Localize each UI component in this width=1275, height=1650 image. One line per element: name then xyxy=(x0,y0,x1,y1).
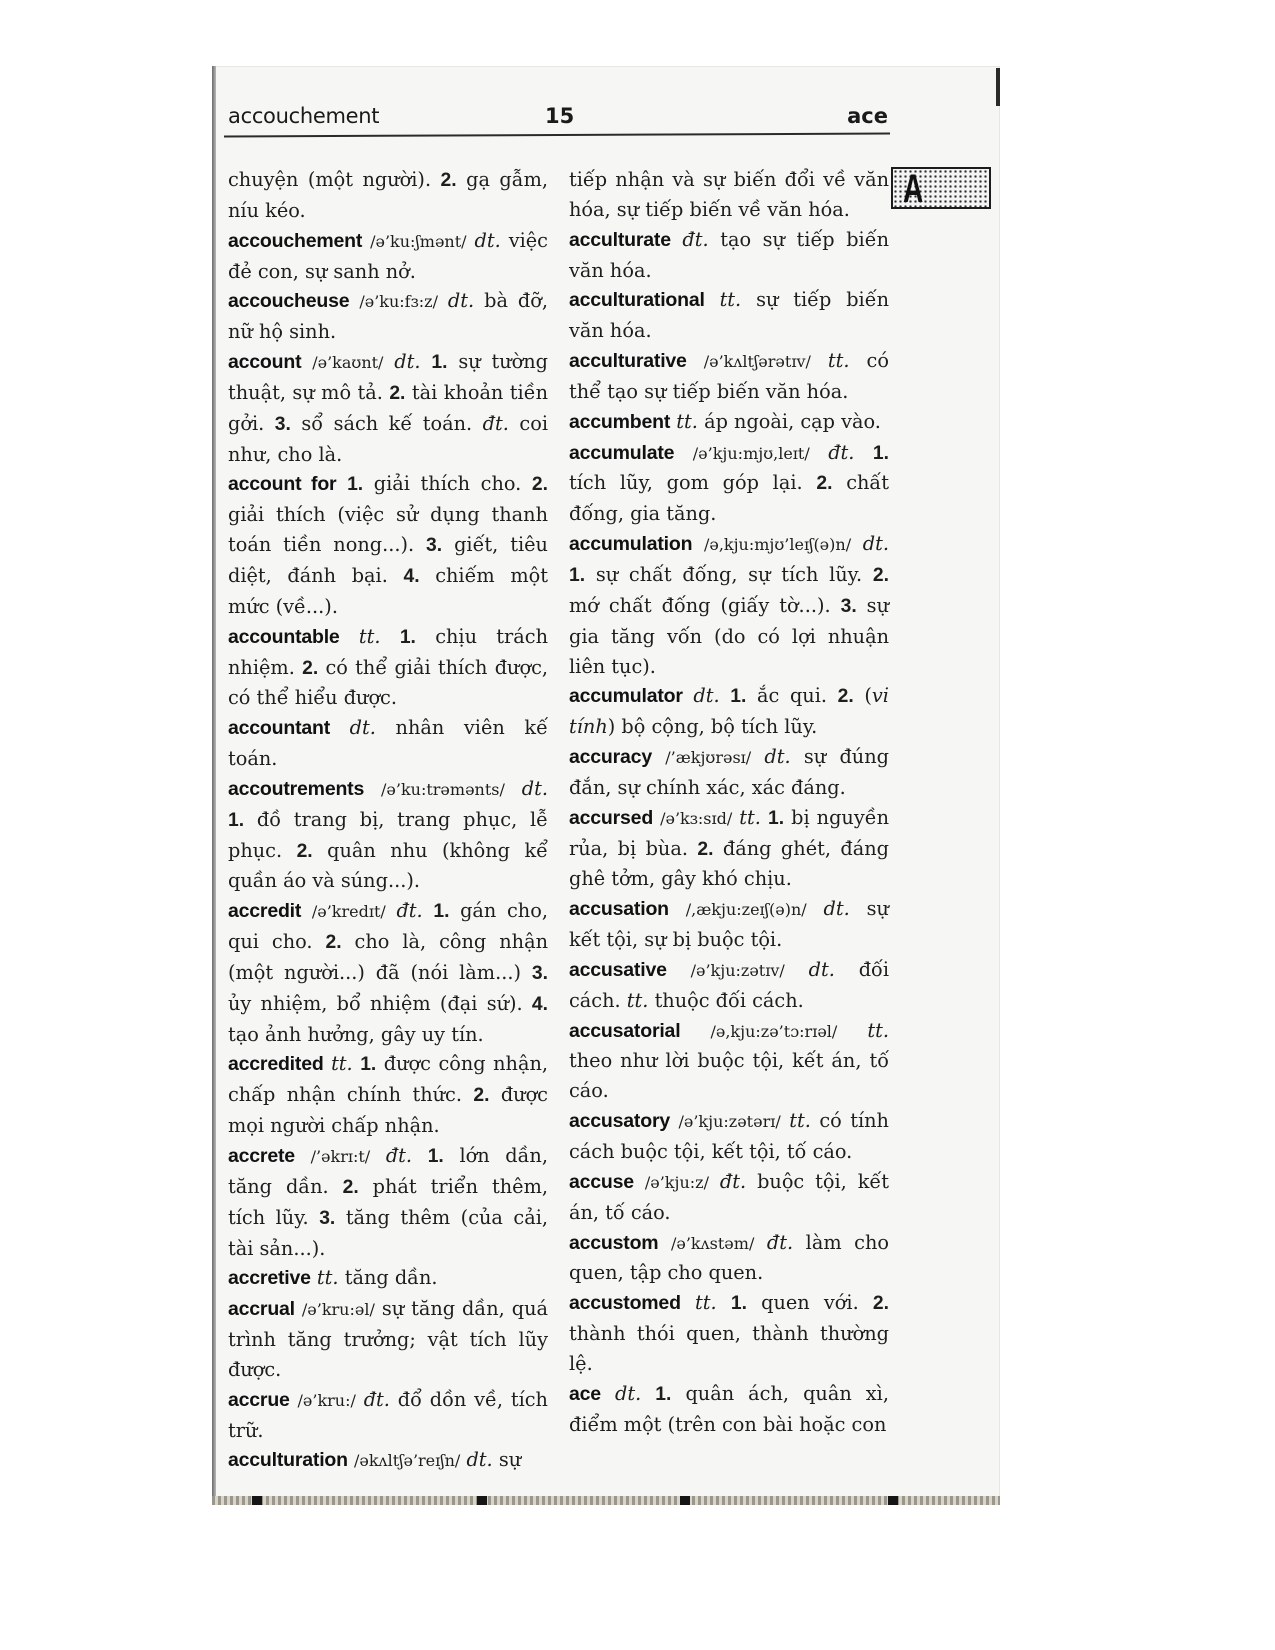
page-number: 15 xyxy=(545,104,574,128)
dictionary-entry: account for 1. giải thích cho. 2. giải t… xyxy=(228,469,548,621)
dictionary-entry: accrete /’əkrɪ:t/ đt. 1. lớn dần, tăng d… xyxy=(228,1141,548,1263)
pronunciation: /’ækjʊrəsɪ/ xyxy=(665,748,751,767)
page-edge-mark xyxy=(996,68,1000,106)
sense-number: 2. xyxy=(343,1177,359,1198)
dictionary-entry: acculturational tt. sự tiếp biến văn hóa… xyxy=(569,285,889,346)
headword: account for xyxy=(228,473,336,495)
headword: accrete xyxy=(228,1145,295,1167)
guide-word-left: accouchement xyxy=(228,104,379,128)
sense-text: ủy nhiệm, bổ nhiệm (đại sứ). xyxy=(228,992,523,1015)
headword: accredited xyxy=(228,1053,324,1075)
part-of-speech: đt. xyxy=(767,1231,793,1254)
part-of-speech: tt. xyxy=(331,1052,353,1075)
sense-number: 2. xyxy=(325,932,341,953)
headword: accusation xyxy=(569,898,669,920)
sense-number: 2. xyxy=(873,1293,889,1314)
definition: thuộc đối cách. xyxy=(655,989,804,1012)
dictionary-entry: accusation /,ækju:zeɪʃ(ə)n/ dt. sự kết t… xyxy=(569,894,889,955)
sense-number: 2. xyxy=(532,474,548,495)
part-of-speech: tt. xyxy=(867,1019,889,1042)
dictionary-entry: accustomed tt. 1. quen với. 2. thành thó… xyxy=(569,1288,889,1379)
pronunciation: /ə’kɜ:sɪd/ xyxy=(660,809,732,828)
headword: accrue xyxy=(228,1389,290,1411)
part-of-speech: đt. xyxy=(682,228,708,251)
headword: account xyxy=(228,351,301,373)
pronunciation: /ə’kaʊnt/ xyxy=(312,353,383,372)
headword: accredit xyxy=(228,900,301,922)
sense-number: 3. xyxy=(532,963,548,984)
dictionary-entry: accursed /ə’kɜ:sɪd/ tt. 1. bị nguyền rủa… xyxy=(569,803,889,895)
part-of-speech: đt. xyxy=(386,1144,412,1167)
part-of-speech: đt. xyxy=(483,412,509,435)
headword: acculturation xyxy=(228,1449,348,1471)
part-of-speech: dt. xyxy=(824,897,850,920)
part-of-speech: đt. xyxy=(364,1388,390,1411)
sense-number: 4. xyxy=(403,566,419,587)
pronunciation: /ə’kju:zətərɪ/ xyxy=(678,1112,780,1131)
part-of-speech: dt. xyxy=(350,716,376,739)
part-of-speech: dt. xyxy=(693,684,719,707)
running-header: accouchement 15 ace xyxy=(228,100,890,136)
left-column: chuyện (một người). 2. gạ gẫm, níu kéo.a… xyxy=(228,165,548,1476)
sense-number: 1. xyxy=(731,1293,747,1314)
dictionary-entry: accustom /ə’kʌstəm/ đt. làm cho quen, tậ… xyxy=(569,1228,889,1289)
sense-number: 1. xyxy=(730,686,746,707)
dictionary-entry: accusatory /ə’kju:zətərɪ/ tt. có tính cá… xyxy=(569,1106,889,1167)
thumb-tab-letter: A xyxy=(903,167,923,212)
sense-number: 3. xyxy=(426,535,442,556)
dictionary-entry: ace dt. 1. quân ách, quân xì, điểm một (… xyxy=(569,1379,889,1440)
headword: accountable xyxy=(228,626,340,648)
sense-number: 1. xyxy=(655,1384,671,1405)
sense-text: tạo ảnh hưởng, gây uy tín. xyxy=(228,1023,484,1046)
headword: accretive xyxy=(228,1267,311,1289)
part-of-speech: tt. xyxy=(739,806,761,829)
part-of-speech: đt. xyxy=(720,1170,746,1193)
sense-number: 1. xyxy=(433,901,449,922)
dictionary-entry: accountable tt. 1. chịu trách nhiệm. 2. … xyxy=(228,622,548,714)
pronunciation: /ə’kʌstəm/ xyxy=(671,1234,754,1253)
sense-number: 1. xyxy=(768,808,784,829)
headword: accusatory xyxy=(569,1110,670,1132)
dictionary-entry: accredit /ə’kredɪt/ đt. 1. gán cho, qui … xyxy=(228,896,548,1049)
sense-text: ắc qui. xyxy=(757,684,827,707)
headword: accustom xyxy=(569,1232,658,1254)
headword: acculturational xyxy=(569,289,705,311)
headword: accuse xyxy=(569,1171,634,1193)
sense-text: sổ sách kế toán. xyxy=(301,412,472,435)
guide-word-right: ace xyxy=(847,104,888,128)
part-of-speech: tt. xyxy=(627,989,649,1012)
sense-number: 2. xyxy=(873,565,889,586)
pronunciation: /ə’ku:trəmənts/ xyxy=(381,780,505,799)
definition: sự xyxy=(499,1448,521,1471)
part-of-speech: tt. xyxy=(789,1109,811,1132)
pronunciation: /ə’kru:/ xyxy=(298,1391,356,1410)
sense-number: 1. xyxy=(569,565,585,586)
dictionary-entry: accoucheuse /ə’ku:fɜ:z/ dt. bà đỡ, nữ hộ… xyxy=(228,286,548,347)
entry-continuation: tiếp nhận và sự biến đổi về văn hóa, sự … xyxy=(569,168,889,221)
headword: ace xyxy=(569,1383,601,1405)
definition: tăng dần. xyxy=(345,1266,438,1289)
pronunciation: /ə,kju:mjʊ’leɪʃ(ə)n/ xyxy=(704,535,851,554)
sense-number: 1. xyxy=(228,810,244,831)
sense-number: 2. xyxy=(697,839,713,860)
sense-text: tích lũy, gom góp lại. xyxy=(569,471,803,494)
headword: acculturate xyxy=(569,229,671,251)
entry-continuation: chuyện (một người). xyxy=(228,168,441,191)
sense-number: 2. xyxy=(816,473,832,494)
dictionary-entry: accrual /ə’kru:əl/ sự tăng dần, quá trìn… xyxy=(228,1294,548,1385)
dictionary-entry: accredited tt. 1. được công nhận, chấp n… xyxy=(228,1049,548,1141)
sense-number: 1. xyxy=(400,627,416,648)
sense-number: 2. xyxy=(838,686,854,707)
pronunciation: /ə’ku:ʃmənt/ xyxy=(370,232,466,251)
pronunciation: /əkʌltʃə’reɪʃn/ xyxy=(354,1451,460,1470)
part-of-speech: tt. xyxy=(828,349,850,372)
part-of-speech: tt. xyxy=(695,1291,717,1314)
dictionary-entry: accusative /ə’kju:zətɪv/ dt. đối cách. t… xyxy=(569,955,889,1016)
pronunciation: /ə’kju:z/ xyxy=(645,1173,709,1192)
dictionary-entry: accuse /ə’kju:z/ đt. buộc tội, kết án, t… xyxy=(569,1167,889,1228)
part-of-speech: dt. xyxy=(394,350,420,373)
pronunciation: /ə’kʌltʃərətɪv/ xyxy=(704,352,811,371)
pronunciation: /’əkrɪ:t/ xyxy=(311,1147,371,1166)
dictionary-entry: accusatorial /ə,kju:zə’tɔ:rɪəl/ tt. theo… xyxy=(569,1016,889,1107)
dictionary-entry: accumulation /ə,kju:mjʊ’leɪʃ(ə)n/ dt. 1.… xyxy=(569,529,889,681)
sense-number: 1. xyxy=(873,443,889,464)
headword: accrual xyxy=(228,1298,295,1320)
definition: theo như lời buộc tội, kết án, tố cáo. xyxy=(569,1049,889,1102)
part-of-speech: tt. xyxy=(676,410,698,433)
pronunciation: /ə,kju:zə’tɔ:rɪəl/ xyxy=(710,1022,837,1041)
sense-number: 1. xyxy=(347,474,363,495)
dictionary-entry: tiếp nhận và sự biến đổi về văn hóa, sự … xyxy=(569,165,889,225)
pronunciation: /,ækju:zeɪʃ(ə)n/ xyxy=(686,900,807,919)
sense-number: 2. xyxy=(473,1085,489,1106)
sense-number: 3. xyxy=(319,1208,335,1229)
headword: accusative xyxy=(569,959,667,981)
part-of-speech: tt. xyxy=(317,1266,339,1289)
part-of-speech: dt. xyxy=(863,532,889,555)
part-of-speech: dt. xyxy=(475,229,501,252)
page-bottom-edge xyxy=(212,1496,1000,1505)
dictionary-entry: acculturation /əkʌltʃə’reɪʃn/ dt. sự xyxy=(228,1445,548,1476)
headword: accursed xyxy=(569,807,653,829)
dictionary-entry: accumulate /ə’kju:mjʊ,leɪt/ đt. 1. tích … xyxy=(569,438,889,530)
dictionary-entry: accrue /ə’kru:/ đt. đổ dồn về, tích trữ. xyxy=(228,1385,548,1446)
headword: accountant xyxy=(228,717,330,739)
sense-number: 1. xyxy=(431,352,447,373)
dictionary-entry: accretive tt. tăng dần. xyxy=(228,1263,548,1294)
pronunciation: /ə’ku:fɜ:z/ xyxy=(359,292,438,311)
dictionary-entry: accouchement /ə’ku:ʃmənt/ dt. việc đẻ co… xyxy=(228,226,548,287)
headword: accumulation xyxy=(569,533,692,555)
dictionary-entry: accuracy /’ækjʊrəsɪ/ dt. sự đúng đắn, sự… xyxy=(569,742,889,803)
headword: accoutrements xyxy=(228,778,364,800)
part-of-speech: dt. xyxy=(522,777,548,800)
part-of-speech: đt. xyxy=(828,441,854,464)
dictionary-entry: acculturative /ə’kʌltʃərətɪv/ tt. có thể… xyxy=(569,346,889,407)
dictionary-entry: accountant dt. nhân viên kế toán. xyxy=(228,713,548,774)
sense-number: 3. xyxy=(275,414,291,435)
sense-number: 2. xyxy=(441,170,457,191)
headword: accuracy xyxy=(569,746,652,768)
dictionary-entry: accumbent tt. áp ngoài, cạp vào. xyxy=(569,407,889,438)
thumb-index-tab: A xyxy=(891,167,991,209)
part-of-speech: dt. xyxy=(809,958,835,981)
dictionary-entry: accumulator dt. 1. ắc qui. 2. (vi tính) … xyxy=(569,681,889,742)
dictionary-entry: acculturate đt. tạo sự tiếp biến văn hóa… xyxy=(569,225,889,286)
sense-text: mớ chất đống (giấy tờ...). xyxy=(569,594,831,617)
pronunciation: /ə’kredɪt/ xyxy=(312,902,386,921)
headword: accumulator xyxy=(569,685,683,707)
headword: accouchement xyxy=(228,230,362,252)
dictionary-entry: accoutrements /ə’ku:trəmənts/ dt. 1. đồ … xyxy=(228,774,548,896)
part-of-speech: dt. xyxy=(615,1382,641,1405)
sense-number: 2. xyxy=(297,841,313,862)
sense-number: 4. xyxy=(532,994,548,1015)
pronunciation: /ə’kju:mjʊ,leɪt/ xyxy=(693,444,810,463)
headword: accustomed xyxy=(569,1292,681,1314)
sense-text: quen với. xyxy=(761,1291,859,1314)
definition: áp ngoài, cạp vào. xyxy=(704,410,881,433)
headword: accusatorial xyxy=(569,1020,680,1042)
sense-number: 2. xyxy=(302,658,318,679)
part-of-speech: dt. xyxy=(448,289,474,312)
page-spine-shadow xyxy=(212,66,216,1504)
sense-number: 1. xyxy=(360,1054,376,1075)
part-of-speech: đt. xyxy=(396,899,422,922)
right-column: tiếp nhận và sự biến đổi về văn hóa, sự … xyxy=(569,165,889,1439)
headword: acculturative xyxy=(569,350,687,372)
part-of-speech: tt. xyxy=(359,625,381,648)
pronunciation: /ə’kju:zətɪv/ xyxy=(691,961,785,980)
dictionary-entry: account /ə’kaʊnt/ dt. 1. sự tường thuật,… xyxy=(228,347,548,469)
sense-number: 2. xyxy=(389,383,405,404)
sense-text: giải thích cho. xyxy=(374,472,522,495)
headword: accoucheuse xyxy=(228,290,349,312)
pronunciation: /ə’kru:əl/ xyxy=(302,1300,375,1319)
part-of-speech: dt. xyxy=(466,1448,492,1471)
sense-number: 3. xyxy=(841,596,857,617)
headword: accumulate xyxy=(569,442,674,464)
headword: accumbent xyxy=(569,411,670,433)
sense-text: sự chất đống, sự tích lũy. xyxy=(596,563,862,586)
dictionary-entry: chuyện (một người). 2. gạ gẫm, níu kéo. xyxy=(228,165,548,226)
sense-text: thành thói quen, thành thường lệ. xyxy=(569,1322,889,1375)
part-of-speech: tt. xyxy=(720,288,742,311)
part-of-speech: dt. xyxy=(764,745,790,768)
sense-number: 1. xyxy=(428,1146,444,1167)
